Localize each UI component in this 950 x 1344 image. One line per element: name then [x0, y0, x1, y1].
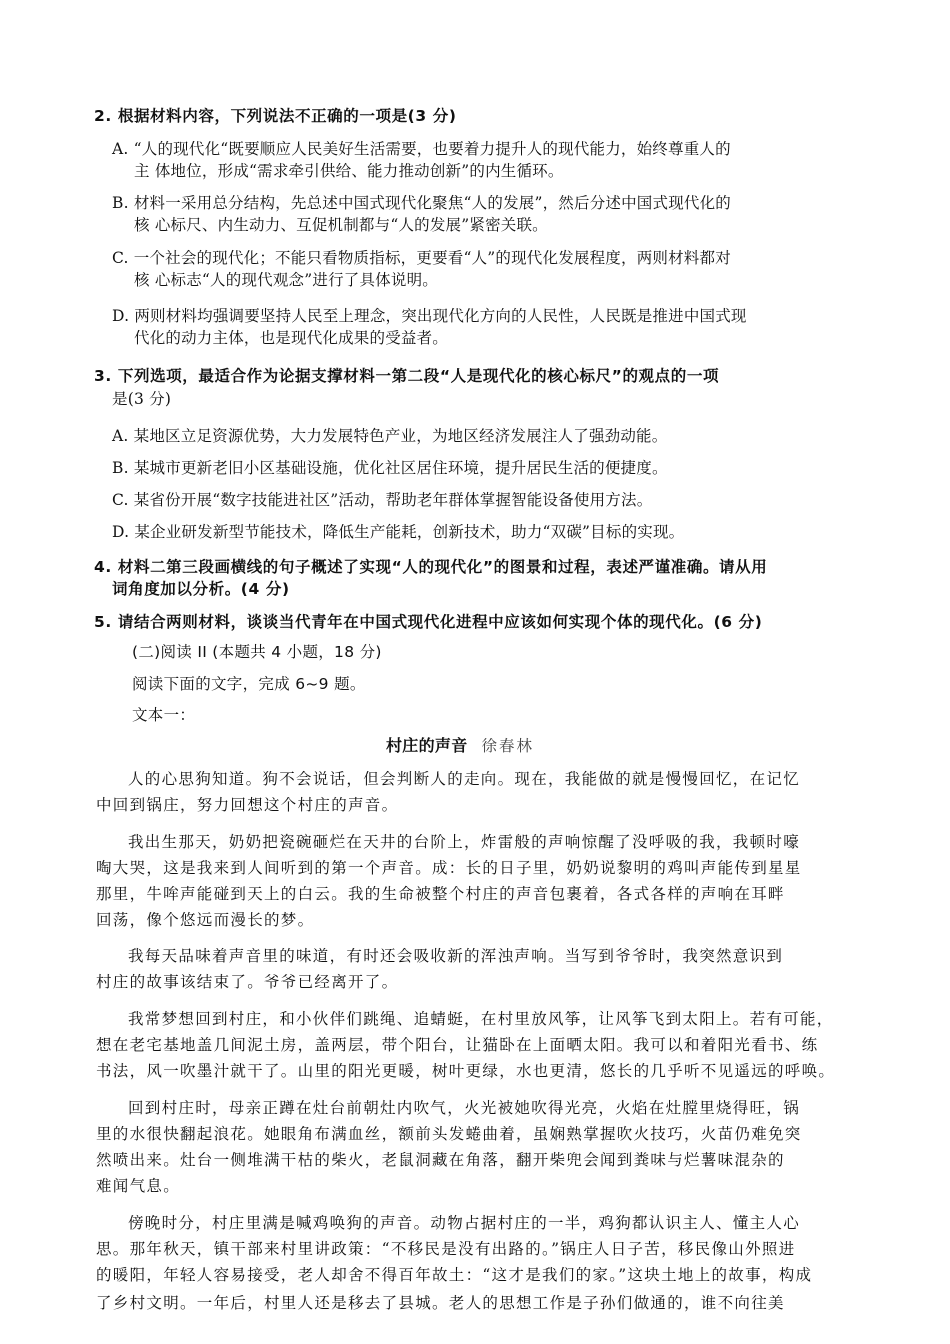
paragraph-6-line4: 了乡村文明。一年后，村里人还是移去了县城。老人的思想工作是子孙们做通的，谁不向往…	[96, 1293, 785, 1313]
question-2-option-a-line2: 主 体地位，形成“需求牵引供给、能力推动创新”的内生循环。	[134, 161, 564, 181]
paragraph-1-line2: 中回到锅庄，努力回想这个村庄的声音。	[96, 795, 398, 815]
question-3-stem-line2: 是(3 分)	[112, 389, 171, 409]
paragraph-5-line2: 里的水很快翻起浪花。她眼角布满血丝，额前头发蜷曲着，虽娴熟掌握吹火技巧，火苗仍难…	[96, 1124, 802, 1144]
exam-page: 2. 根据材料内容，下列说法不正确的一项是(3 分) A. “人的现代化“既要顺…	[0, 0, 950, 1344]
question-3-option-b: B. 某城市更新老旧小区基础设施，优化社区居住环境，提升居民生活的便捷度。	[112, 458, 668, 478]
question-2-option-a-line1: A. “人的现代化“既要顺应人民美好生活需要，也要着力提升人的现代能力，始终尊重…	[112, 139, 731, 159]
question-2-option-c-line1: C. 一个社会的现代化；不能只看物质指标，更要看“人”的现代化发展程度，两则材料…	[112, 248, 731, 268]
paragraph-5-line3: 然喷出来。灶台一侧堆满干枯的柴火，老鼠洞藏在角落，翻开柴兜会闻到粪味与烂薯味混杂…	[96, 1150, 785, 1170]
paragraph-6-line1: 傍晚时分，村庄里满是喊鸡唤狗的声音。动物占据村庄的一半，鸡狗都认识主人、懂主人心	[128, 1213, 800, 1233]
section-heading: (二)阅读 II (本题共 4 小题，18 分)	[132, 642, 382, 662]
paragraph-1-line1: 人的心思狗知道。狗不会说话，但会判断人的走向。现在，我能做的就是慢慢回忆，在记忆	[128, 769, 800, 789]
paragraph-3-line2: 村庄的故事该结束了。爷爷已经离开了。	[96, 972, 398, 992]
article-author: 徐春林	[482, 737, 535, 755]
question-2-option-b-line1: B. 材料一采用总分结构，先总述中国式现代化聚焦“人的发展”，然后分述中国式现代…	[112, 193, 731, 213]
paragraph-6-line2: 思。那年秋天，镇干部来村里讲政策：“不移民是没有出路的。”锅庄人日子苦，移民像山…	[96, 1239, 796, 1259]
paragraph-5-line4: 难闻气息。	[96, 1176, 180, 1196]
question-4-stem-line1: 4. 材料二第三段画横线的句子概述了实现“人的现代化”的图景和过程，表述严谨准确…	[94, 557, 767, 577]
paragraph-2-line2: 啕大哭，这是我来到人间听到的第一个声音。成：长的日子里，奶奶说黎明的鸡叫声能传到…	[96, 858, 802, 878]
paragraph-4-line3: 书法，风一吹墨汁就干了。山里的阳光更暖，树叶更绿，水也更清，悠长的几乎听不见遥远…	[96, 1061, 835, 1081]
question-5-stem: 5. 请结合两则材料，谈谈当代青年在中国式现代化进程中应该如何实现个体的现代化。…	[94, 612, 762, 632]
paragraph-4-line1: 我常梦想回到村庄，和小伙伴们跳绳、追蜻蜓，在村里放风筝，让风筝飞到太阳上。若有可…	[128, 1009, 834, 1029]
paragraph-2-line4: 回荡，像个悠远而漫长的梦。	[96, 910, 314, 930]
paragraph-2-line3: 那里，牛哞声能碰到天上的白云。我的生命被整个村庄的声音包裹着，各式各样的声响在耳…	[96, 884, 785, 904]
question-2-stem: 2. 根据材料内容，下列说法不正确的一项是(3 分)	[94, 106, 457, 126]
question-2-option-b-line2: 核 心标尺、内生动力、互促机制都与“人的发展”紧密关联。	[134, 215, 548, 235]
question-3-option-c: C. 某省份开展“数字技能进社区”活动，帮助老年群体掌握智能设备使用方法。	[112, 490, 652, 510]
section-instruction: 阅读下面的文字，完成 6~9 题。	[132, 674, 366, 694]
question-3-option-a: A. 某地区立足资源优势，大力发展特色产业，为地区经济发展注人了强劲动能。	[112, 426, 667, 446]
article-title: 村庄的声音	[386, 736, 468, 755]
paragraph-2-line1: 我出生那天，奶奶把瓷碗砸烂在天井的台阶上，炸雷般的声响惊醒了没呼吸的我，我顿时嚎	[128, 832, 800, 852]
question-3-stem-line1: 3. 下列选项，最适合作为论据支撑材料一第二段“人是现代化的核心标尺”的观点的一…	[94, 366, 719, 386]
text-label: 文本一：	[132, 705, 195, 725]
paragraph-3-line1: 我每天品味着声音里的味道，有时还会吸收新的浑浊声响。当写到爷爷时，我突然意识到	[128, 946, 783, 966]
paragraph-6-line3: 的暖阳，年轻人容易接受，老人却舍不得百年故土：“这才是我们的家。”这块土地上的故…	[96, 1265, 812, 1285]
paragraph-4-line2: 想在老宅基地盖几间泥土房，盖两层，带个阳台，让猫卧在上面晒太阳。我可以和着阳光看…	[96, 1035, 818, 1055]
article-heading: 村庄的声音徐春林	[386, 736, 534, 756]
question-2-option-c-line2: 核 心标志“人的现代观念”进行了具体说明。	[134, 270, 438, 290]
question-4-stem-line2: 词角度加以分析。(4 分)	[112, 579, 290, 599]
question-3-option-d: D. 某企业研发新型节能技术，降低生产能耗，创新技术，助力“双碳”目标的实现。	[112, 522, 684, 542]
paragraph-5-line1: 回到村庄时，母亲正蹲在灶台前朝灶内吹气，火光被她吹得光亮，火焰在灶膛里烧得旺，锅	[128, 1098, 800, 1118]
question-2-option-d-line2: 代化的动力主体，也是现代化成果的受益者。	[134, 328, 448, 348]
question-2-option-d-line1: D. 两则材料均强调要坚持人民至上理念，突出现代化方向的人民性，人民既是推进中国…	[112, 306, 747, 326]
